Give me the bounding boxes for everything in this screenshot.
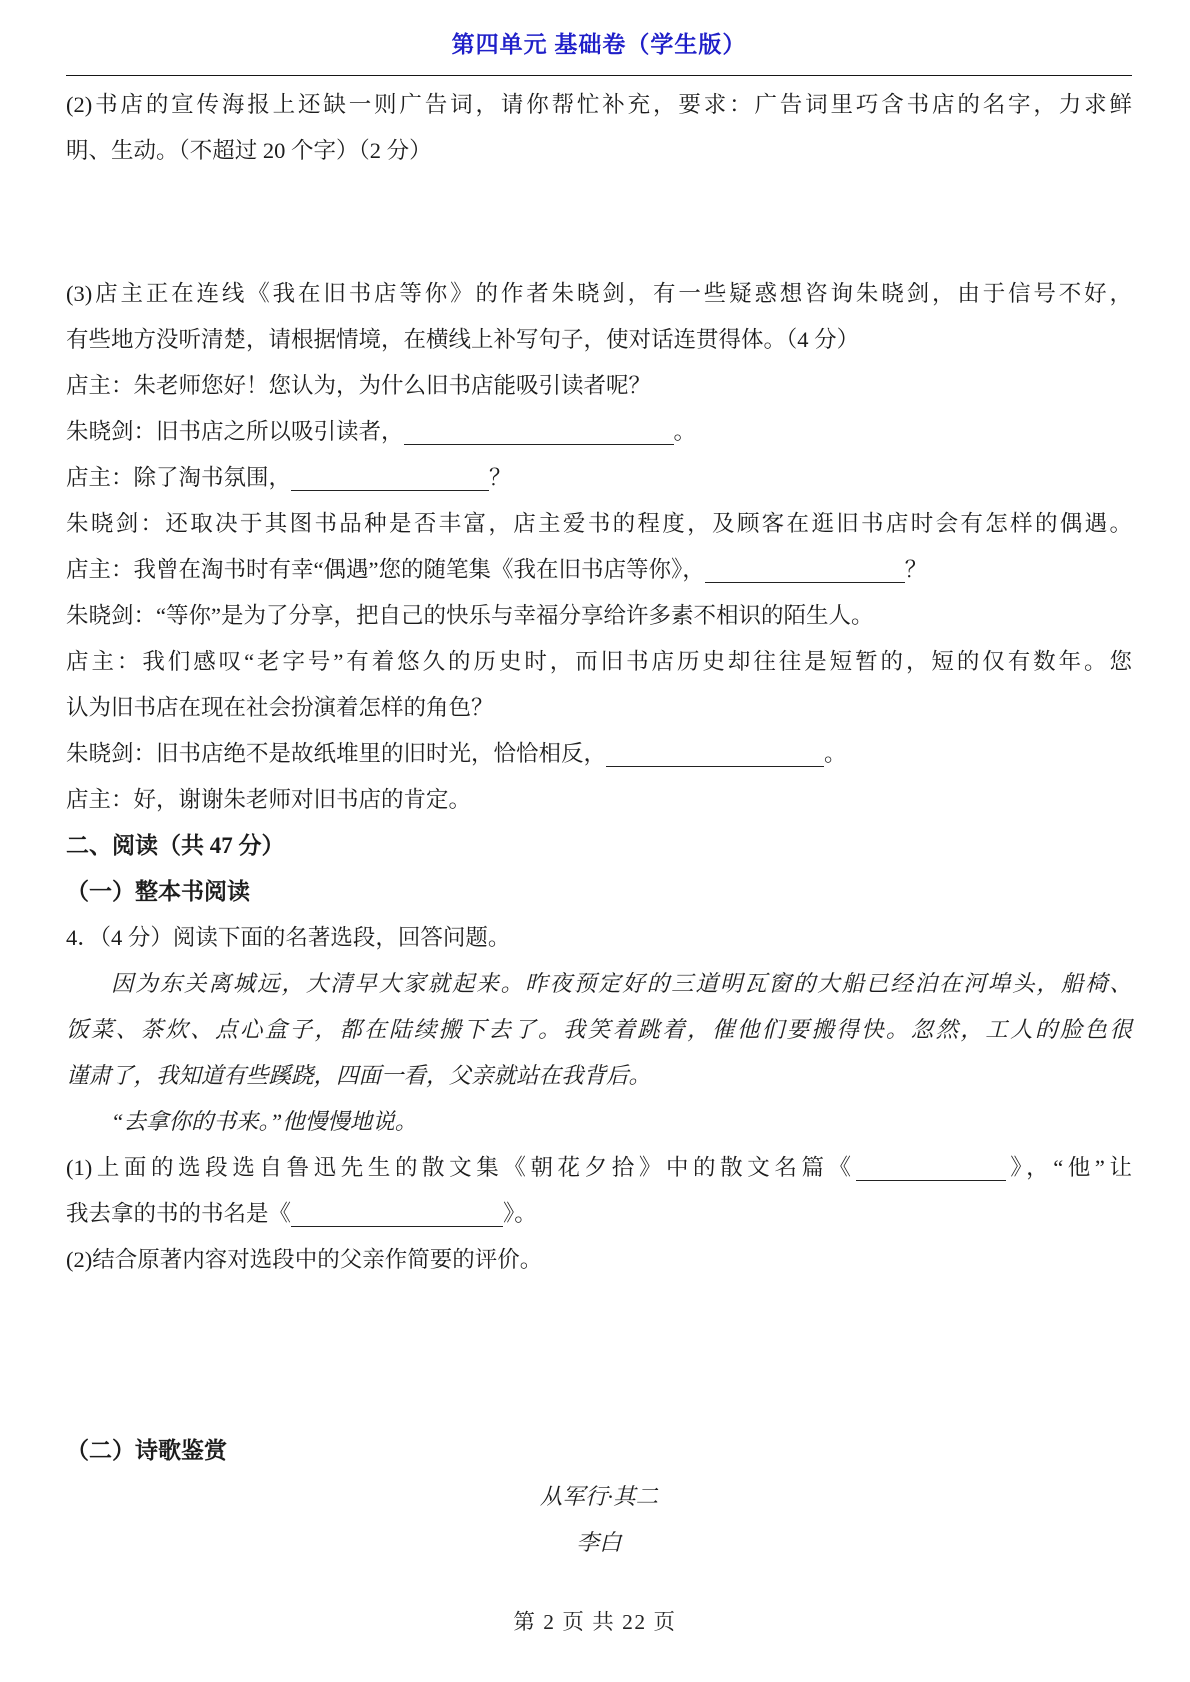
question-4-stem: 4．（4 分）阅读下面的名著选段，回答问题。 [66,915,1132,961]
text-run: 因为东关离城远，大清早大家就起来。昨夜预定好的三道明瓦窗的大船已经泊在河埠头，船… [111,971,1132,996]
poem-title: 从军行·其二 [66,1474,1132,1520]
dialog-zhuxiaojian-4: 朱晓剑：旧书店绝不是故纸堆里的旧时光，恰恰相反，。 [66,731,1132,777]
question-3-line-2: 有些地方没听清楚，请根据情境，在横线上补写句子，使对话连贯得体。（4 分） [66,317,1132,363]
text-run: (2)结合原著内容对选段中的父亲作简要的评价。 [66,1247,542,1272]
poem-author: 李白 [66,1520,1132,1566]
answer-blank-line [291,1202,503,1227]
text-run: ？ [905,557,928,582]
question-2-line-1: (2)书店的宣传海报上还缺一则广告词，请你帮忙补充，要求：广告词里巧含书店的名字… [66,82,1132,128]
document-body: (2)书店的宣传海报上还缺一则广告词，请你帮忙补充，要求：广告词里巧含书店的名字… [66,82,1132,1566]
text-run: ？ [489,465,512,490]
text-run: 朱晓剑：旧书店之所以吸引读者， [66,419,404,444]
question-2-line-2: 明、生动。（不超过 20 个字）（2 分） [66,128,1132,174]
answer-blank-line [404,420,674,445]
text-run: 。 [674,419,697,444]
dialog-shopkeeper-1: 店主：朱老师您好！您认为，为什么旧书店能吸引读者呢？ [66,363,1132,409]
dialog-shopkeeper-4-line-1: 店主：我们感叹“老字号”有着悠久的历史时，而旧书店历史却往往是短暂的，短的仅有数… [66,639,1132,685]
answer-blank-line [705,558,905,583]
text-run: 店主：朱老师您好！您认为，为什么旧书店能吸引读者呢？ [66,373,651,398]
text-run: 二、阅读（共 47 分） [66,833,285,858]
text-run: 朱晓剑：还取决于其图书品种是否丰富，店主爱书的程度，及顾客在逛旧书店时会有怎样的… [66,511,1132,536]
answer-blank-line [606,742,824,767]
text-run: （二）诗歌鉴赏 [66,1438,227,1463]
dialog-shopkeeper-3: 店主：我曾在淘书时有幸“偶遇”您的随笔集《我在旧书店等你》，？ [66,547,1132,593]
text-run: “去拿你的书来。”他慢慢地说。 [111,1109,417,1134]
page-title: 第四单元 基础卷（学生版） [66,30,1132,60]
text-run: 饭菜、茶炊、点心盒子，都在陆续搬下去了。我笑着跳着，催他们要搬得快。忽然，工人的… [66,1017,1132,1042]
text-run: 店主：我们感叹“老字号”有着悠久的历史时，而旧书店历史却往往是短暂的，短的仅有数… [66,649,1132,674]
dialog-shopkeeper-4-line-2: 认为旧书店在现在社会扮演着怎样的角色？ [66,685,1132,731]
text-run: 朱晓剑：旧书店绝不是故纸堆里的旧时光，恰恰相反， [66,741,606,766]
dialog-shopkeeper-5: 店主：好，谢谢朱老师对旧书店的肯定。 [66,777,1132,823]
text-run: 明、生动。（不超过 20 个字）（2 分） [66,138,432,163]
text-run: (3)店主正在连线《我在旧书店等你》的作者朱晓剑，有一些疑惑想咨询朱晓剑，由于信… [66,281,1132,306]
header-divider [66,75,1132,76]
excerpt-line-1: 因为东关离城远，大清早大家就起来。昨夜预定好的三道明瓦窗的大船已经泊在河埠头，船… [66,961,1132,1007]
text-run: 店主：除了淘书氛围， [66,465,291,490]
text-run: 店主：好，谢谢朱老师对旧书店的肯定。 [66,787,471,812]
text-run: 朱晓剑：“等你”是为了分享，把自己的快乐与幸福分享给许多素不相识的陌生人。 [66,603,873,628]
dialog-shopkeeper-2: 店主：除了淘书氛围，？ [66,455,1132,501]
question-4-2: (2)结合原著内容对选段中的父亲作简要的评价。 [66,1237,1132,1283]
text-run: 从军行·其二 [540,1484,658,1509]
text-run: 认为旧书店在现在社会扮演着怎样的角色？ [66,695,494,720]
excerpt-line-4: “去拿你的书来。”他慢慢地说。 [66,1099,1132,1145]
dialog-zhuxiaojian-2: 朱晓剑：还取决于其图书品种是否丰富，店主爱书的程度，及顾客在逛旧书店时会有怎样的… [66,501,1132,547]
answer-blank-line [291,466,489,491]
subsection-heading-whole-book: （一）整本书阅读 [66,869,1132,915]
excerpt-line-2: 饭菜、茶炊、点心盒子，都在陆续搬下去了。我笑着跳着，催他们要搬得快。忽然，工人的… [66,1007,1132,1053]
subsection-heading-poetry: （二）诗歌鉴赏 [66,1428,1132,1474]
text-run: (2)书店的宣传海报上还缺一则广告词，请你帮忙补充，要求：广告词里巧含书店的名字… [66,92,1132,117]
page-number: 第 2 页 共 22 页 [0,1607,1190,1637]
section-heading-reading: 二、阅读（共 47 分） [66,823,1132,869]
text-run: (1)上面的选段选自鲁迅先生的散文集《朝花夕拾》中的散文名篇《 [66,1155,856,1180]
question-4-1-line-1: (1)上面的选段选自鲁迅先生的散文集《朝花夕拾》中的散文名篇《》，“他”让 [66,1145,1132,1191]
exam-page: 第四单元 基础卷（学生版） (2)书店的宣传海报上还缺一则广告词，请你帮忙补充，… [0,0,1190,1682]
question-4-1-line-2: 我去拿的书的书名是《》。 [66,1191,1132,1237]
text-run: 店主：我曾在淘书时有幸“偶遇”您的随笔集《我在旧书店等你》， [66,557,705,582]
question-3-line-1: (3)店主正在连线《我在旧书店等你》的作者朱晓剑，有一些疑惑想咨询朱晓剑，由于信… [66,271,1132,317]
dialog-zhuxiaojian-1: 朱晓剑：旧书店之所以吸引读者，。 [66,409,1132,455]
text-run: 有些地方没听清楚，请根据情境，在横线上补写句子，使对话连贯得体。（4 分） [66,327,859,352]
text-run: （一）整本书阅读 [66,879,250,904]
text-run: 4．（4 分）阅读下面的名著选段，回答问题。 [66,925,510,950]
text-run: 谨肃了，我知道有些蹊跷，四面一看，父亲就站在我背后。 [66,1063,651,1088]
text-run: 李白 [576,1530,621,1555]
text-run: 我去拿的书的书名是《 [66,1201,291,1226]
text-run: 》。 [503,1201,537,1226]
answer-blank-line [856,1156,1006,1181]
dialog-zhuxiaojian-3: 朱晓剑：“等你”是为了分享，把自己的快乐与幸福分享给许多素不相识的陌生人。 [66,593,1132,639]
text-run: 》，“他”让 [1006,1155,1132,1180]
text-run: 。 [824,741,847,766]
excerpt-line-3: 谨肃了，我知道有些蹊跷，四面一看，父亲就站在我背后。 [66,1053,1132,1099]
